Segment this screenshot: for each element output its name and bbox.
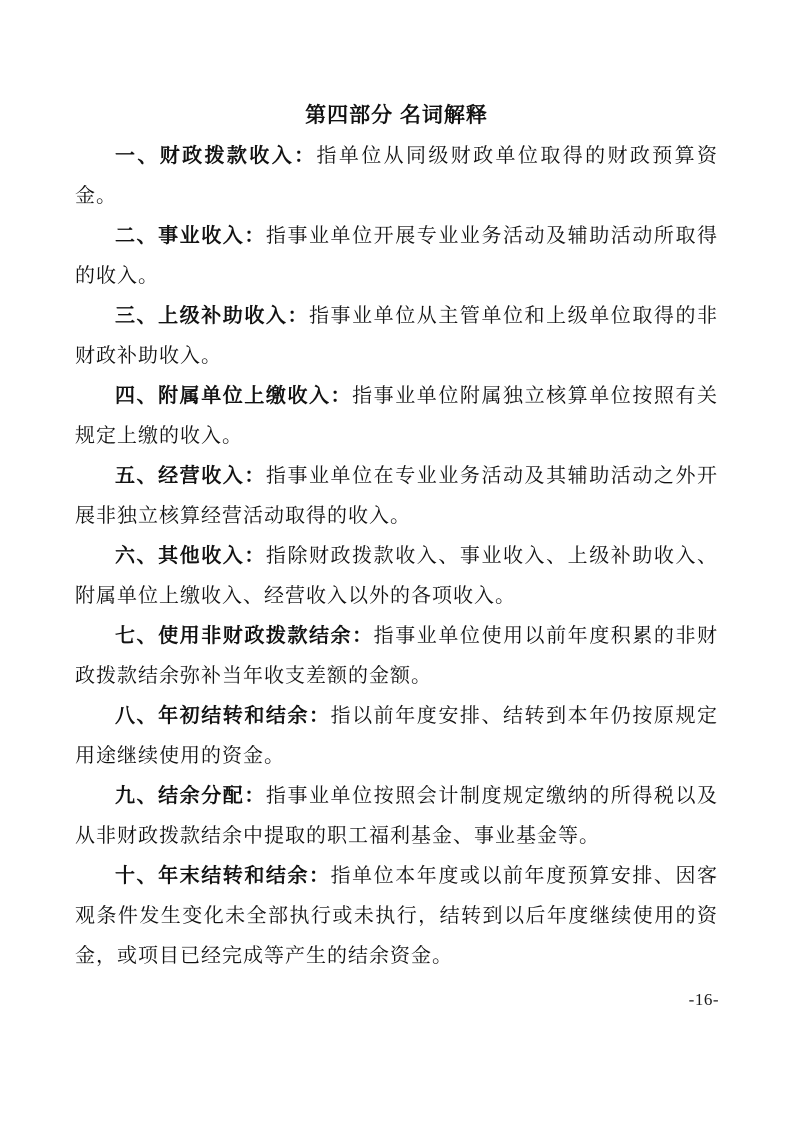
term-paragraph: 三、上级补助收入：指事业单位从主管单位和上级单位取得的非财政补助收入。 [75, 296, 718, 376]
term-paragraph: 一、财政拨款收入：指单位从同级财政单位取得的财政预算资金。 [75, 136, 718, 216]
page-title: 第四部分 名词解释 [75, 96, 718, 136]
document-page: 第四部分 名词解释 一、财政拨款收入：指单位从同级财政单位取得的财政预算资金。二… [0, 0, 793, 1122]
term-paragraph: 四、附属单位上缴收入：指事业单位附属独立核算单位按照有关规定上缴的收入。 [75, 376, 718, 456]
term-paragraph: 二、事业收入：指事业单位开展专业业务活动及辅助活动所取得的收入。 [75, 216, 718, 296]
term-label: 八、年初结转和结余： [115, 705, 331, 727]
term-paragraph: 十、年末结转和结余：指单位本年度或以前年度预算安排、因客观条件发生变化未全部执行… [75, 856, 718, 976]
term-label: 五、经营收入： [115, 465, 266, 487]
term-label: 一、财政拨款收入： [115, 145, 316, 167]
term-label: 七、使用非财政拨款结余： [115, 625, 374, 647]
term-label: 六、其他收入： [115, 545, 266, 567]
document-content: 第四部分 名词解释 一、财政拨款收入：指单位从同级财政单位取得的财政预算资金。二… [75, 96, 718, 976]
term-label: 四、附属单位上缴收入： [115, 385, 352, 407]
term-label: 三、上级补助收入： [115, 305, 309, 327]
page-number: -16- [689, 990, 719, 1010]
term-paragraph: 七、使用非财政拨款结余：指事业单位使用以前年度积累的非财政拨款结余弥补当年收支差… [75, 616, 718, 696]
term-label: 九、结余分配： [115, 785, 266, 807]
term-label: 十、年末结转和结余： [115, 865, 331, 887]
term-paragraph: 八、年初结转和结余：指以前年度安排、结转到本年仍按原规定用途继续使用的资金。 [75, 696, 718, 776]
term-label: 二、事业收入： [115, 225, 266, 247]
term-paragraph: 九、结余分配：指事业单位按照会计制度规定缴纳的所得税以及从非财政拨款结余中提取的… [75, 776, 718, 856]
definitions-list: 一、财政拨款收入：指单位从同级财政单位取得的财政预算资金。二、事业收入：指事业单… [75, 136, 718, 976]
term-paragraph: 五、经营收入：指事业单位在专业业务活动及其辅助活动之外开展非独立核算经营活动取得… [75, 456, 718, 536]
term-paragraph: 六、其他收入：指除财政拨款收入、事业收入、上级补助收入、附属单位上缴收入、经营收… [75, 536, 718, 616]
